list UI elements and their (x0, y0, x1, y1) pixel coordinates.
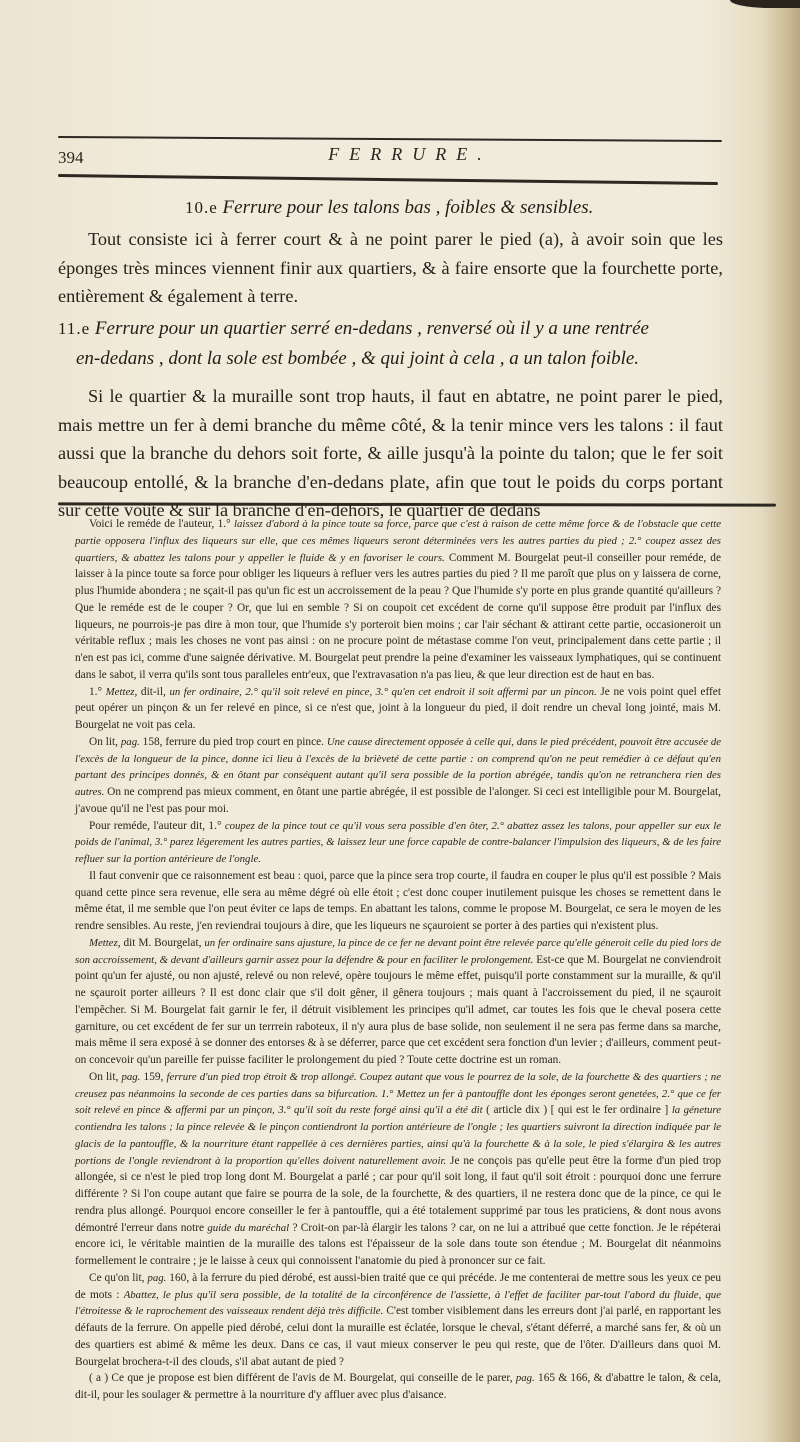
footnote-paragraph: On lit, pag. 159, ferrure d'un pied trop… (75, 1069, 721, 1270)
book-page: 394 FERRURE. 10.e Ferrure pour les talon… (0, 0, 800, 1442)
text-run: Pour reméde, l'auteur dit, 1.° (89, 820, 225, 832)
italic-run: pag. (516, 1372, 535, 1384)
footnote-paragraph: Pour reméde, l'auteur dit, 1.° coupez de… (75, 818, 721, 868)
section-title: Ferrure pour les talons bas , foibles & … (223, 197, 594, 218)
footnote-paragraph: Mettez, dit M. Bourgelat, un fer ordinai… (75, 935, 721, 1069)
text-run: ( a ) Ce que je propose est bien différe… (89, 1372, 516, 1384)
italic-run: Mettez (106, 686, 135, 698)
footnote-paragraph: On lit, pag. 158, ferrure du pied trop c… (75, 734, 721, 818)
section-11-heading-line2: en-dedans , dont la sole est bombée , & … (76, 348, 639, 370)
text-run: , dit M. Bourgelat, (118, 937, 205, 949)
italic-run: guide du maréchal (207, 1222, 289, 1234)
text-run: On lit, (89, 736, 121, 748)
text-run: , dit-il, (134, 686, 169, 698)
italic-run: pag. (147, 1272, 166, 1284)
text-run: 159, (140, 1071, 166, 1083)
footnote-paragraph: Il faut convenir que ce raisonnement est… (75, 868, 721, 935)
header-rule-top (58, 136, 722, 142)
section-number: 11.e (58, 319, 90, 338)
header-rule-bottom (58, 174, 718, 185)
paragraph: Tout consiste ici à ferrer court & à ne … (58, 225, 723, 311)
section-title: Ferrure pour un quartier serré en-dedans… (95, 318, 649, 339)
italic-run: un fer ordinaire, 2.° qu'il soit relevé … (169, 686, 596, 698)
text-run: On lit, (89, 1071, 121, 1083)
section-11-heading-line1: 11.e Ferrure pour un quartier serré en-d… (58, 318, 649, 340)
text-run: On ne comprend pas mieux comment, en ôta… (75, 786, 721, 815)
text-run: Comment M. Bourgelat peut-il conseiller … (75, 552, 721, 681)
section-number: 10.e (185, 198, 218, 217)
footnote-paragraph: Voici le reméde de l'auteur, 1.° laissez… (75, 516, 721, 684)
footnote-paragraph: ( a ) Ce que je propose est bien différe… (75, 1370, 721, 1404)
text-run: ( article dix ) [ qui est le fer ordinai… (483, 1104, 672, 1116)
section-10-heading: 10.e Ferrure pour les talons bas , foibl… (185, 197, 593, 219)
section-10-body: Tout consiste ici à ferrer court & à ne … (58, 225, 723, 311)
text-run: 158, ferrure du pied trop court en pince… (140, 736, 327, 748)
footnote-paragraph: Ce qu'on lit, pag. 160, à la ferrure du … (75, 1270, 721, 1371)
text-run: Ce qu'on lit, (89, 1272, 147, 1284)
italic-run: pag. (121, 736, 140, 748)
italic-run: pag. (121, 1071, 140, 1083)
text-run: Voici le reméde de l'auteur, 1.° (89, 518, 234, 530)
text-run: Est-ce que M. Bourgelat ne conviendroit … (75, 954, 721, 1067)
page-corner-shadow (730, 0, 800, 8)
text-run: 1.° (89, 686, 106, 698)
section-title-cont: en-dedans , dont la sole est bombée , & … (76, 348, 639, 369)
footnote-paragraph: 1.° Mettez, dit-il, un fer ordinaire, 2.… (75, 684, 721, 734)
text-run: Il faut convenir que ce raisonnement est… (75, 870, 721, 932)
italic-run: Mettez (89, 937, 118, 949)
running-title: FERRURE. (0, 144, 800, 165)
footnotes: Voici le reméde de l'auteur, 1.° laissez… (75, 516, 721, 1404)
